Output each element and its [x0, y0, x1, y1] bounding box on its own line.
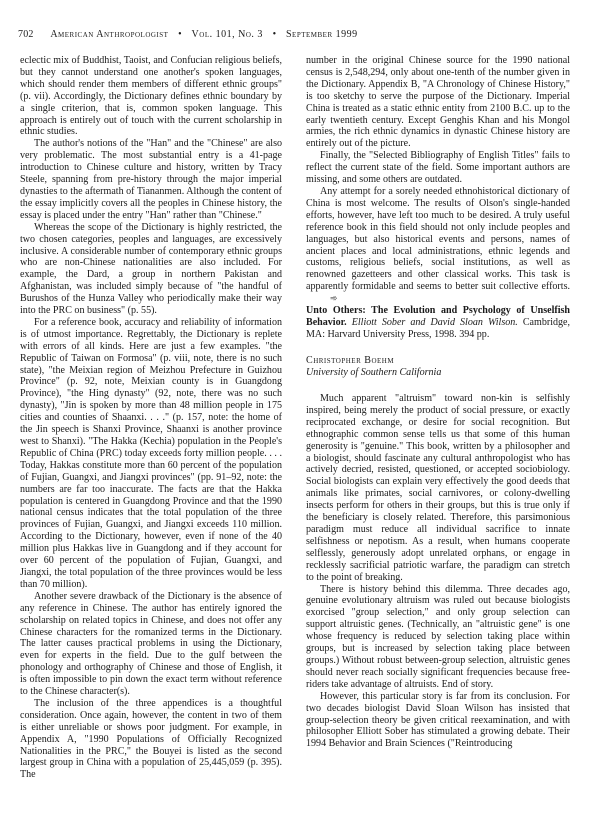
running-header: 702 American Anthropologist • Vol. 101, …: [18, 29, 578, 40]
reviewer-name: Christopher Boehm: [306, 355, 570, 367]
paragraph: The author's notions of the "Han" and th…: [20, 138, 282, 221]
paragraph: Whereas the scope of the Dictionary is h…: [20, 222, 282, 317]
left-column: eclectic mix of Buddhist, Taoist, and Co…: [20, 55, 282, 781]
issue-date: September 1999: [286, 29, 358, 40]
volume-issue: Vol. 101, No. 3: [192, 29, 263, 40]
paragraph: Another severe drawback of the Dictionar…: [20, 591, 282, 698]
reviewer-affiliation: University of Southern California: [306, 367, 570, 379]
journal-name: American Anthropologist: [50, 29, 168, 40]
paragraph: The inclusion of the three appendices is…: [20, 698, 282, 781]
paragraph: number in the original Chinese source fo…: [306, 55, 570, 150]
end-arrow-icon: ➾: [316, 293, 338, 305]
review-citation: Unto Others: The Evolution and Psycholog…: [306, 305, 570, 341]
reviewer-block: Christopher Boehm University of Southern…: [306, 355, 570, 379]
book-authors: Elliott Sober and David Sloan Wilson.: [352, 317, 518, 328]
paragraph: However, this particular story is far fr…: [306, 691, 570, 751]
separator: •: [273, 29, 277, 40]
paragraph: eclectic mix of Buddhist, Taoist, and Co…: [20, 55, 282, 138]
paragraph: Finally, the "Selected Bibliography of E…: [306, 150, 570, 186]
right-column: number in the original Chinese source fo…: [306, 55, 570, 750]
page-number: 702: [18, 29, 34, 40]
separator: •: [178, 29, 182, 40]
paragraph: Much apparent "altruism" toward non-kin …: [306, 393, 570, 584]
paragraph-final: Any attempt for a sorely needed ethnohis…: [306, 186, 570, 305]
review-body: Much apparent "altruism" toward non-kin …: [306, 393, 570, 750]
paragraph-text: Any attempt for a sorely needed ethnohis…: [306, 186, 570, 292]
paragraph: For a reference book, accuracy and relia…: [20, 317, 282, 591]
paragraph: There is history behind this dilemma. Th…: [306, 584, 570, 691]
